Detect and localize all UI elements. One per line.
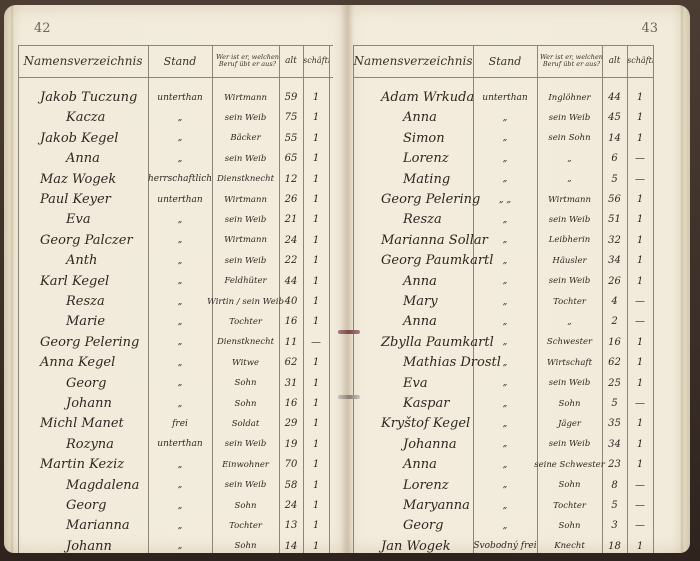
cell-rel: Sohn [537,393,602,414]
cell-age: 65 [279,148,303,169]
cell-rel: Wirtin / sein Weib [212,291,279,312]
cell-rel: Dienstknecht [212,169,279,190]
cell-flag: 1 [303,189,329,210]
table-row: Maz WogekherrschaftlichDienstknecht121 [18,169,333,190]
cell-rel: Wirtmann [212,189,279,210]
cell-rel: Dienstknecht [212,332,279,353]
cell-rank: „ [148,515,212,536]
cell-rank: unterthan [473,87,537,108]
table-row: Anna„sein Weib651 [18,148,333,169]
cell-rel: „ [537,169,602,190]
left-page: 42 NamensverzeichnisStandWer ist er, wel… [4,5,346,553]
cell-rank: „ [473,271,537,292]
cell-rel: Schwester [537,332,602,353]
cell-rel: Bäcker [212,128,279,149]
cell-rank: frei [148,413,212,434]
cell-flag: 1 [303,250,329,271]
table-row: Georg„Sohn241 [18,495,333,516]
cell-age: 34 [602,250,627,271]
cell-rank: „ [473,434,537,455]
cell-rel: Leibherin [537,230,602,251]
cell-rel: sein Weib [537,107,602,128]
cell-rel: sein Weib [212,148,279,169]
cell-age: 22 [279,250,303,271]
cell-age: 2 [602,311,627,332]
column-header-rank: Stand [148,47,212,75]
table-row: Paul KeyerunterthanWirtmann261 [18,189,333,210]
cell-rel: Wirtschaft [537,352,602,373]
table-row: Magdalena„sein Weib581 [18,475,333,496]
cell-rank: „ [148,454,212,475]
cell-rel: Sohn [212,495,279,516]
table-row: Georg„Sohn311 [18,373,333,394]
cell-flag: 1 [303,271,329,292]
column-header-occ: beschäftigt [303,47,329,75]
table-row: Karl Kegel„Feldhüter441 [18,271,333,292]
cell-rel: Wirtmann [537,189,602,210]
cell-rank: „ [473,373,537,394]
column-header-rank: Stand [473,47,537,75]
cell-flag: 1 [627,271,653,292]
cell-age: 56 [602,189,627,210]
cell-age: 18 [602,536,627,557]
cell-flag: 1 [627,352,653,373]
cell-flag: 1 [303,434,329,455]
cell-rel: Sohn [537,515,602,536]
cell-age: 23 [602,454,627,475]
table-row: Johann„Sohn161 [18,393,333,414]
header-row: NamensverzeichnisStandWer ist er, welche… [353,47,653,75]
cell-rank: „ [148,311,212,332]
binding-stitch [338,395,360,399]
cell-rank: „ [473,393,537,414]
page-number-right: 43 [641,21,658,36]
cell-flag: 1 [303,413,329,434]
cell-rel: „ [537,148,602,169]
cell-rank: „ [473,332,537,353]
column-header-age: alt [279,47,303,75]
table-row: Simon„sein Sohn141 [353,128,653,149]
cell-flag: 1 [303,495,329,516]
cell-age: 26 [602,271,627,292]
table-row: Georg„Sohn3— [353,515,653,536]
table-row: Zbylla Paumkartl„Schwester161 [353,332,653,353]
table-row: Mating„„5— [353,169,653,190]
cell-rank: „ [473,352,537,373]
cell-rel: Tochter [537,495,602,516]
cell-rel: Tochter [537,291,602,312]
cell-flag: — [627,148,653,169]
cell-rank: „ [148,128,212,149]
cell-rel: Tochter [212,515,279,536]
table-row: Marianna Sollar„Leibherin321 [353,230,653,251]
cell-age: 12 [279,169,303,190]
cell-flag: 1 [627,536,653,557]
cell-flag: 1 [627,413,653,434]
cell-rank: „ [473,128,537,149]
cell-flag: — [627,169,653,190]
cell-flag: 1 [627,434,653,455]
cell-flag: — [627,495,653,516]
cell-flag: 1 [627,87,653,108]
cell-rank: „ [148,536,212,557]
cell-rel: Sohn [212,393,279,414]
table-row: Adam WrkudaunterthanInglöhner441 [353,87,653,108]
cell-flag: 1 [303,311,329,332]
cell-rank: „ [473,515,537,536]
table-row: Anna„sein Weib261 [353,271,653,292]
table-row: Johann„Sohn141 [18,536,333,557]
cell-rel: Häusler [537,250,602,271]
table-row: Jakob Kegel„Bäcker551 [18,128,333,149]
cell-age: 5 [602,495,627,516]
cell-age: 31 [279,373,303,394]
cell-flag: — [627,515,653,536]
table-row: Michl ManetfreiSoldat291 [18,413,333,434]
cell-rank: „ [473,209,537,230]
cell-age: 32 [602,230,627,251]
table-row: Marianna„Tochter131 [18,515,333,536]
cell-age: 21 [279,209,303,230]
cell-flag: 1 [627,373,653,394]
cell-rank: „ [473,169,537,190]
cell-age: 35 [602,413,627,434]
table-row: Georg Palczer„Wirtmann241 [18,230,333,251]
table-row: Kryštof Kegel„Jäger351 [353,413,653,434]
cell-flag: 1 [303,475,329,496]
cell-rank: „ [148,352,212,373]
cell-flag: — [627,291,653,312]
cell-age: 13 [279,515,303,536]
cell-age: 58 [279,475,303,496]
cell-rank: unterthan [148,189,212,210]
cell-rank: „ [473,311,537,332]
cell-flag: 1 [627,332,653,353]
cell-flag: 1 [303,230,329,251]
cell-flag: 1 [303,373,329,394]
column-header-age: alt [602,47,627,75]
cell-rank: „ [148,107,212,128]
table-row: Anna„„2— [353,311,653,332]
cell-age: 16 [279,393,303,414]
cell-flag: 1 [627,189,653,210]
cell-age: 26 [279,189,303,210]
cell-rel: seine Schwester [537,454,602,475]
cell-rel: Knecht [537,536,602,557]
cell-rel: sein Weib [537,373,602,394]
column-rule [653,45,654,553]
table-row: Jakob TuczungunterthanWirtmann591 [18,87,333,108]
cell-rank: „ [473,250,537,271]
cell-flag: 1 [303,87,329,108]
cell-rank: „ [473,454,537,475]
cell-rank: Svobodný frei [473,536,537,557]
table-row: Anna Kegel„Witwe621 [18,352,333,373]
cell-rel: Einwohner [212,454,279,475]
header-rule [353,77,653,78]
cell-age: 29 [279,413,303,434]
cell-flag: 1 [627,107,653,128]
cell-rank: unterthan [148,434,212,455]
cell-flag: 1 [303,352,329,373]
header-rule [353,45,653,46]
cell-age: 44 [602,87,627,108]
cell-flag: 1 [303,128,329,149]
cell-age: 6 [602,148,627,169]
cell-rank: „ [473,495,537,516]
cell-rel: „ [537,311,602,332]
book-gutter [340,5,354,553]
cell-rel: sein Sohn [537,128,602,149]
cell-rank: „ [148,250,212,271]
cell-age: 5 [602,169,627,190]
cell-age: 55 [279,128,303,149]
cell-rank: „ [148,291,212,312]
cell-rel: Jäger [537,413,602,434]
cell-flag: 1 [303,291,329,312]
table-row: Marie„Tochter161 [18,311,333,332]
table-row: Kaspar„Sohn5— [353,393,653,414]
table-row: Resza„Wirtin / sein Weib401 [18,291,333,312]
cell-rank: „ [148,148,212,169]
cell-rank: „ [473,291,537,312]
cell-flag: 1 [303,536,329,557]
cell-age: 16 [602,332,627,353]
cell-rel: Wirtmann [212,87,279,108]
cell-age: 8 [602,475,627,496]
cell-rel: Sohn [212,373,279,394]
cell-rel: Soldat [212,413,279,434]
column-header-name: Namensverzeichnis [353,47,473,75]
table-row: Resza„sein Weib511 [353,209,653,230]
cell-age: 5 [602,393,627,414]
table-row: Johanna„sein Weib341 [353,434,653,455]
cell-flag: 1 [303,393,329,414]
cell-rel: Tochter [212,311,279,332]
cell-rel: Wirtmann [212,230,279,251]
cell-flag: — [627,475,653,496]
cell-age: 44 [279,271,303,292]
cell-rel: sein Weib [212,475,279,496]
cell-rank: „ [148,495,212,516]
header-rule [18,77,333,78]
cell-age: 62 [602,352,627,373]
cell-rank: „ „ [473,189,537,210]
cell-age: 75 [279,107,303,128]
cell-rel: Inglöhner [537,87,602,108]
table-row: Eva„sein Weib251 [353,373,653,394]
cell-rank: „ [148,230,212,251]
cell-flag: — [303,332,329,353]
column-header-rel: Wer ist er, welchen Beruf übt er aus? [212,47,283,75]
cell-rank: „ [148,271,212,292]
table-row: Mary„Tochter4— [353,291,653,312]
cell-age: 14 [602,128,627,149]
cell-rank: „ [473,475,537,496]
cell-flag: 1 [303,169,329,190]
cell-flag: — [627,311,653,332]
cell-rank: „ [148,209,212,230]
cell-rank: „ [473,413,537,434]
ledger-book: 42 NamensverzeichnisStandWer ist er, wel… [0,0,700,561]
cell-rank: „ [473,148,537,169]
cell-flag: 1 [303,107,329,128]
cell-age: 70 [279,454,303,475]
table-row: Anna„seine Schwester231 [353,454,653,475]
table-row: Jan WogekSvobodný freiKnecht181 [353,536,653,557]
cell-flag: 1 [627,454,653,475]
table-row: Anna„sein Weib451 [353,107,653,128]
table-row: Mathias Drostl„Wirtschaft621 [353,352,653,373]
cell-rel: sein Weib [537,434,602,455]
cell-rel: Sohn [212,536,279,557]
column-header-rel: Wer ist er, welchen Beruf übt er aus? [537,47,606,75]
table-row: Eva„sein Weib211 [18,209,333,230]
cell-rel: sein Weib [212,209,279,230]
cell-flag: 1 [303,515,329,536]
cell-flag: 1 [627,230,653,251]
cell-age: 40 [279,291,303,312]
cell-age: 45 [602,107,627,128]
cell-age: 3 [602,515,627,536]
table-row: Georg Pelering„ „Wirtmann561 [353,189,653,210]
cell-flag: 1 [303,209,329,230]
cell-rank: „ [148,373,212,394]
cell-age: 24 [279,230,303,251]
cell-flag: 1 [627,128,653,149]
table-row: Lorenz„Sohn8— [353,475,653,496]
cell-rank: unterthan [148,87,212,108]
table-row: Maryanna„Tochter5— [353,495,653,516]
header-row: NamensverzeichnisStandWer ist er, welche… [18,47,333,75]
cell-rel: sein Weib [212,434,279,455]
binding-stitch [338,330,360,334]
table-row: Martin Keziz„Einwohner701 [18,454,333,475]
cell-flag: 1 [627,250,653,271]
table-row: Georg Pelering„Dienstknecht11— [18,332,333,353]
cell-rank: „ [148,332,212,353]
cell-rel: sein Weib [212,107,279,128]
table-row: Anth„sein Weib221 [18,250,333,271]
table-row: Georg Paumkartl„Häusler341 [353,250,653,271]
cell-flag: — [627,393,653,414]
cell-age: 25 [602,373,627,394]
cell-rel: Sohn [537,475,602,496]
cell-age: 19 [279,434,303,455]
cell-age: 24 [279,495,303,516]
cell-rank: „ [473,107,537,128]
table-row: Kacza„sein Weib751 [18,107,333,128]
cell-age: 62 [279,352,303,373]
right-page: 43 NamensverzeichnisStandWer ist er, wel… [346,5,690,553]
column-header-name: Namensverzeichnis [18,47,148,75]
cell-rel: sein Weib [537,271,602,292]
cell-rank: „ [148,475,212,496]
cell-flag: 1 [303,454,329,475]
cell-age: 51 [602,209,627,230]
cell-rank: „ [473,230,537,251]
cell-age: 16 [279,311,303,332]
cell-rank: „ [148,393,212,414]
cell-rel: Feldhüter [212,271,279,292]
cell-age: 59 [279,87,303,108]
column-header-occ: beschäftigt [627,47,653,75]
cell-rel: sein Weib [212,250,279,271]
table-row: Rozynaunterthansein Weib191 [18,434,333,455]
cell-age: 34 [602,434,627,455]
cell-rel: Witwe [212,352,279,373]
cell-age: 14 [279,536,303,557]
page-number-left: 42 [34,21,51,36]
table-row: Lorenz„„6— [353,148,653,169]
cell-age: 4 [602,291,627,312]
cell-rank: herrschaftlich [148,169,212,190]
cell-age: 11 [279,332,303,353]
cell-flag: 1 [627,209,653,230]
header-rule [18,45,333,46]
cell-rel: sein Weib [537,209,602,230]
cell-flag: 1 [303,148,329,169]
